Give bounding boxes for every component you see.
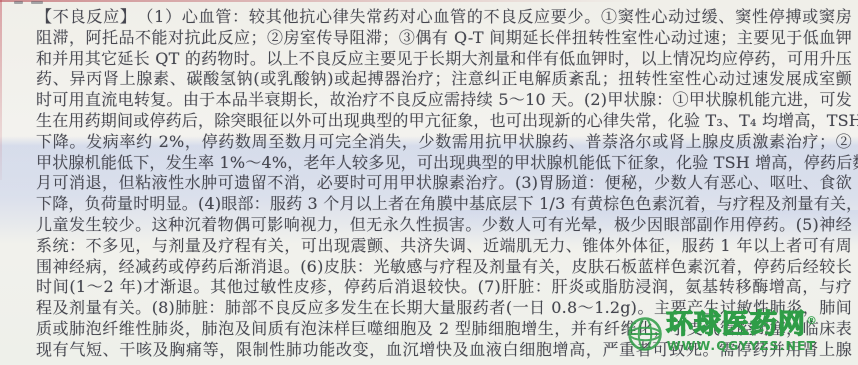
text-line-heading: 【不良反应】 （1）心血管：较其他抗心律失常药对心血管的不良反应要少。①窦性心动… (36, 7, 852, 28)
scan-artifact-smudge (31, 1, 43, 4)
text-line: 程及剂量有关。(8)肺脏：肺部不良反应多发生在长期大量服药者(一日 0.8～1.… (36, 298, 852, 319)
text-line: 阻滞，阿托品不能对抗此反应；②房室传导阻滞；③偶有 Q-T 间期延长伴扭转性室性… (36, 28, 852, 49)
text-line: 儿童发生较少。这种沉着物偶可影响视力，但无永久性损害。少数人可有光晕，极少因眼部… (36, 215, 852, 236)
text-line: 药、异丙肾上腺素、碳酸氢钠(或乳酸钠)或起搏器治疗；注意纠正电解质紊乱；扭转性室… (36, 69, 852, 90)
text-line: 系统：不多见，与剂量及疗程有关，可出现震颤、共济失调、近端肌无力、锥体外体征，服… (36, 236, 852, 257)
text-line: 时间(1～2 年)才渐退。其他过敏性皮疹，停药后消退较快。(7)肝脏：肝炎或脂肪… (36, 277, 852, 298)
text-line: 月可消退，但粘液性水肿可遗留不消，必要时可用甲状腺素治疗。(3)胃肠道：便秘，少… (36, 173, 852, 194)
adverse-reactions-section: 【不良反应】 （1）心血管：较其他抗心律失常药对心血管的不良反应要少。①窦性心动… (36, 7, 852, 361)
scanned-drug-insert-page: 【不良反应】 （1）心血管：较其他抗心律失常药对心血管的不良反应要少。①窦性心动… (0, 0, 858, 365)
text-line: 质或肺泡纤维性肺炎，肺泡及间质有泡沫样巨噬细胞及 2 型肺细胞增生，并有纤维化，… (36, 319, 852, 340)
text-line: 现有气短、干咳及胸痛等，限制性肺功能改变，血沉增快及血液白细胞增高，严重者可致死… (36, 340, 852, 361)
text-line: 生在用药期间或停药后，除突眼征以外可出现典型的甲亢征象，也可出现新的心律失常，化… (36, 111, 852, 132)
text-line: 下降。发病率约 2%，停药数周至数月可完全消失，少数需用抗甲状腺药、普萘洛尔或肾… (36, 132, 852, 153)
scan-artifact-left-edge (0, 0, 2, 180)
text-line: 围神经病，经减药或停药后渐消退。(6)皮肤：光敏感与疗程及剂量有关，皮肤石板蓝样… (36, 257, 852, 278)
text-line: 下降，负荷量时明显。(4)眼部：服药 3 个月以上者在角膜中基底层下 1/3 有… (36, 194, 852, 215)
text-line: 时可用直流电转复。由于本品半衰期长，故治疗不良反应需持续 5～10 天。(2)甲… (36, 90, 852, 111)
scan-artifact-top-line (0, 0, 640, 2)
text-line: 甲状腺机能低下，发生率 1%～4%，老年人较多见，可出现典型的甲状腺机能低下征象… (36, 153, 852, 174)
scan-artifact-smudge (14, 1, 23, 4)
text-line: 和并用其它延长 QT 的药物时。以上不良反应主要见于长期大剂量和伴有低血钾时，以… (36, 49, 852, 70)
